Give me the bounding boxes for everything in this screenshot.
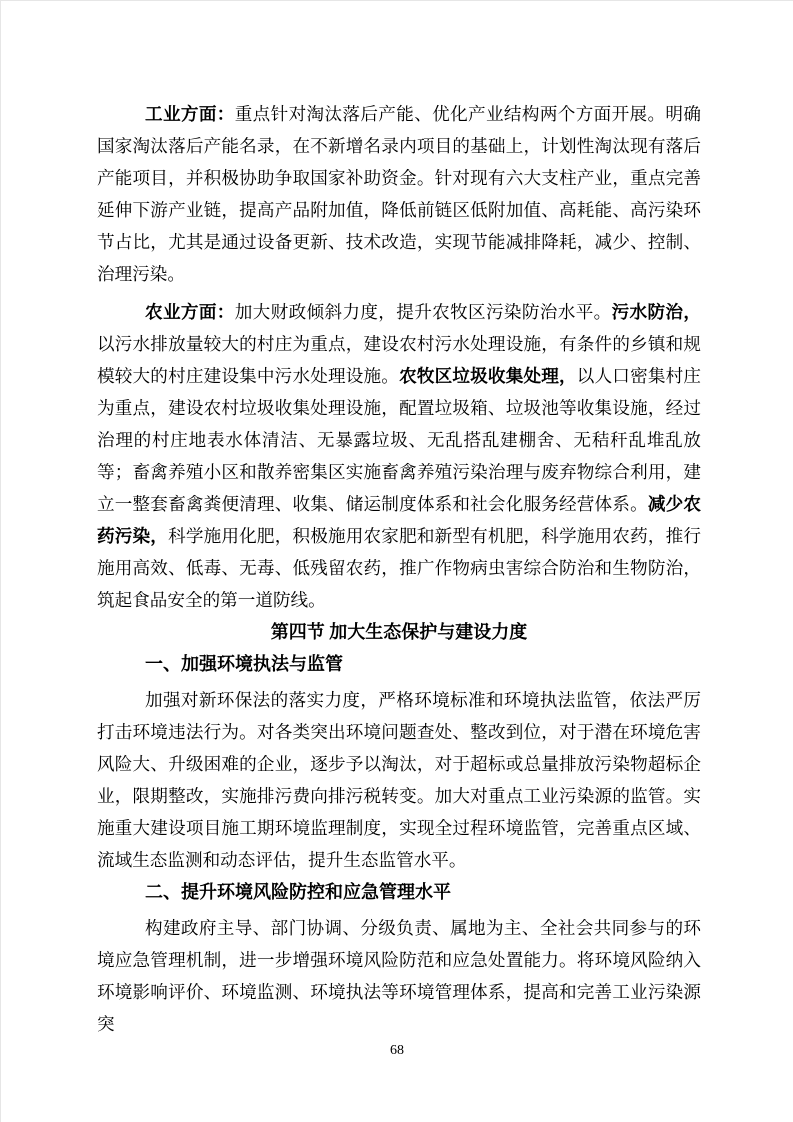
paragraph-industry: 工业方面：重点针对淘汰落后产能、优化产业结构两个方面开展。明确国家淘汰落后产能名… (97, 98, 701, 290)
section-heading: 第四节 加大生态保护与建设力度 (97, 616, 701, 648)
paragraph-agriculture: 农业方面：加大财政倾斜力度，提升农牧区污染防治水平。污水防治，以污水排放量较大的… (97, 296, 701, 616)
sewage-control-bold: 污水防治， (612, 302, 701, 322)
garbage-collection-bold: 农牧区垃圾收集处理， (399, 366, 577, 386)
agriculture-text-3: 以人口密集村庄为重点，建设农村垃圾收集处理设施，配置垃圾箱、垃圾池等收集设施，经… (97, 366, 701, 514)
industry-lead-bold: 工业方面： (145, 104, 235, 124)
agriculture-text-1: 加大财政倾斜力度，提升农牧区污染防治水平。 (235, 302, 612, 322)
subheading-one: 一、加强环境执法与监管 (97, 648, 701, 680)
page-content: 工业方面：重点针对淘汰落后产能、优化产业结构两个方面开展。明确国家淘汰落后产能名… (97, 98, 701, 1040)
document-page: 工业方面：重点针对淘汰落后产能、优化产业结构两个方面开展。明确国家淘汰落后产能名… (0, 0, 793, 1122)
subheading-two: 二、提升环境风险防控和应急管理水平 (97, 876, 701, 908)
paragraph-enforcement: 加强对新环保法的落实力度，严格环境标准和环境执法监管，依法严厉打击环境违法行为。… (97, 684, 701, 876)
agriculture-text-4: 科学施用化肥，积极施用农家肥和新型有机肥，科学施用农药，推行施用高效、低毒、无毒… (97, 526, 701, 610)
agriculture-lead-bold: 农业方面： (145, 302, 235, 322)
industry-body-text: 重点针对淘汰落后产能、优化产业结构两个方面开展。明确国家淘汰落后产能名录，在不新… (97, 104, 701, 284)
page-number: 68 (1, 1041, 793, 1061)
paragraph-emergency: 构建政府主导、部门协调、分级负责、属地为主、全社会共同参与的环境应急管理机制，进… (97, 912, 701, 1040)
